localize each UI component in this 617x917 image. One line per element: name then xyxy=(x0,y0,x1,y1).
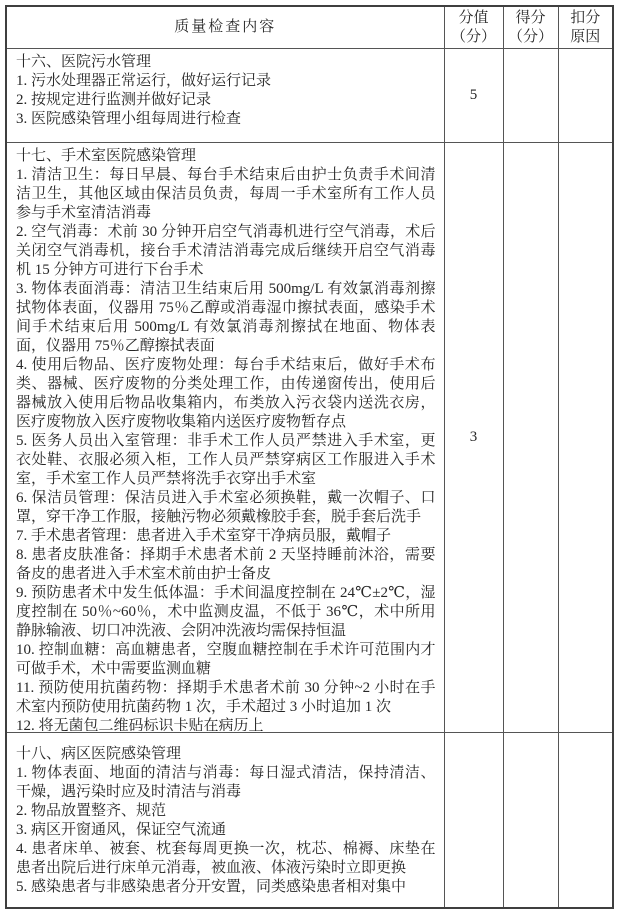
score-earned-cell xyxy=(503,733,558,908)
section-content: 十八、病区医院感染管理 1. 物体表面、地面的清洁与消毒：每日湿式清洁，保持清洁… xyxy=(7,733,444,906)
check-item: 8. 患者皮肤准备：择期手术患者术前 2 天坚持睡前沐浴，需要备皮的患者进入手术… xyxy=(16,546,436,584)
check-item: 11. 预防使用抗菌药物：择期手术患者术前 30 分钟~2 小时在手术室内预防使… xyxy=(16,679,436,717)
check-item: 7. 手术患者管理：患者进入手术室穿干净病员服，戴帽子 xyxy=(16,527,436,546)
score-earned-cell xyxy=(503,143,558,733)
check-item: 3. 物体表面消毒：清洁卫生结束后用 500mg/L 有效氯消毒剂擦拭物体表面，… xyxy=(16,280,436,356)
check-item: 5. 感染患者与非感染患者分开安置，同类感染患者相对集中 xyxy=(16,878,436,897)
check-item: 2. 物品放置整齐、规范 xyxy=(16,802,436,821)
check-item: 4. 患者床单、被套、枕套每周更换一次，枕芯、棉褥、床垫在患者出院后进行床单元消… xyxy=(16,840,436,878)
check-item: 10. 控制血糖：高血糖患者，空腹血糖控制在手术许可范围内才可做手术，术中需要监… xyxy=(16,641,436,679)
deduct-reason-cell xyxy=(558,143,613,733)
section-row: 十六、医院污水管理 1. 污水处理器正常运行，做好运行记录2. 按规定进行监测并… xyxy=(6,49,613,143)
col-header-deduct-reason: 扣分 原因 xyxy=(558,6,613,49)
check-item: 1. 物体表面、地面的清洁与消毒：每日湿式清洁，保持清洁、干燥，遇污染时应及时清… xyxy=(16,764,436,802)
check-item: 3. 病区开窗通风，保证空气流通 xyxy=(16,821,436,840)
score-earned-cell xyxy=(503,49,558,143)
deduct-reason-cell xyxy=(558,733,613,908)
section-row: 十八、病区医院感染管理 1. 物体表面、地面的清洁与消毒：每日湿式清洁，保持清洁… xyxy=(6,733,613,908)
section-content: 十七、手术室医院感染管理 1. 清洁卫生：每日早晨、每台手术结束后由护士负责手术… xyxy=(7,143,444,731)
section-content-cell: 十六、医院污水管理 1. 污水处理器正常运行，做好运行记录2. 按规定进行监测并… xyxy=(6,49,444,143)
section-row: 十七、手术室医院感染管理 1. 清洁卫生：每日早晨、每台手术结束后由护士负责手术… xyxy=(6,143,613,733)
section-title: 十六、医院污水管理 xyxy=(16,53,436,72)
check-item: 9. 预防患者术中发生低体温：手术间温度控制在 24℃±2℃，湿度控制在 50％… xyxy=(16,584,436,641)
check-item: 1. 清洁卫生：每日早晨、每台手术结束后由护士负责手术间清洁卫生，其他区域由保洁… xyxy=(16,166,436,223)
check-item: 2. 按规定进行监测并做好记录 xyxy=(16,91,436,110)
check-item: 3. 医院感染管理小组每周进行检查 xyxy=(16,110,436,129)
deduct-reason-cell xyxy=(558,49,613,143)
header-row: 质量检查内容 分值 （分） 得分 （分） 扣分 原因 xyxy=(6,6,613,49)
check-item: 4. 使用后物品、医疗废物处理：每台手术结束后，做好手术布类、器械、医疗废物的分… xyxy=(16,356,436,432)
score-value-cell xyxy=(444,733,503,908)
section-title: 十七、手术室医院感染管理 xyxy=(16,147,436,166)
check-item: 5. 医务人员出入室管理：非手术工作人员严禁进入手术室，更衣处鞋、衣服必须入柜，… xyxy=(16,432,436,489)
col-header-content: 质量检查内容 xyxy=(6,6,444,49)
col-header-score-value: 分值 （分） xyxy=(444,6,503,49)
score-value-cell: 5 xyxy=(444,49,503,143)
check-item: 12. 将无菌包二维码标识卡贴在病历上 xyxy=(16,717,436,731)
section-content: 十六、医院污水管理 1. 污水处理器正常运行，做好运行记录2. 按规定进行监测并… xyxy=(7,49,444,141)
check-item: 2. 空气消毒：术前 30 分钟开启空气消毒机进行空气消毒，术后关闭空气消毒机，… xyxy=(16,223,436,280)
quality-check-table: 质量检查内容 分值 （分） 得分 （分） 扣分 原因 十六、医院污水管理 1. … xyxy=(5,5,614,909)
check-item: 6. 保洁员管理：保洁员进入手术室必须换鞋，戴一次帽子、口罩，穿干净工作服，接触… xyxy=(16,489,436,527)
section-content-cell: 十八、病区医院感染管理 1. 物体表面、地面的清洁与消毒：每日湿式清洁，保持清洁… xyxy=(6,733,444,908)
section-title: 十八、病区医院感染管理 xyxy=(16,745,436,764)
section-content-cell: 十七、手术室医院感染管理 1. 清洁卫生：每日早晨、每台手术结束后由护士负责手术… xyxy=(6,143,444,733)
check-item: 1. 污水处理器正常运行，做好运行记录 xyxy=(16,72,436,91)
col-header-score-earned: 得分 （分） xyxy=(503,6,558,49)
document-page: 质量检查内容 分值 （分） 得分 （分） 扣分 原因 十六、医院污水管理 1. … xyxy=(0,0,617,917)
score-value-cell: 3 xyxy=(444,143,503,733)
